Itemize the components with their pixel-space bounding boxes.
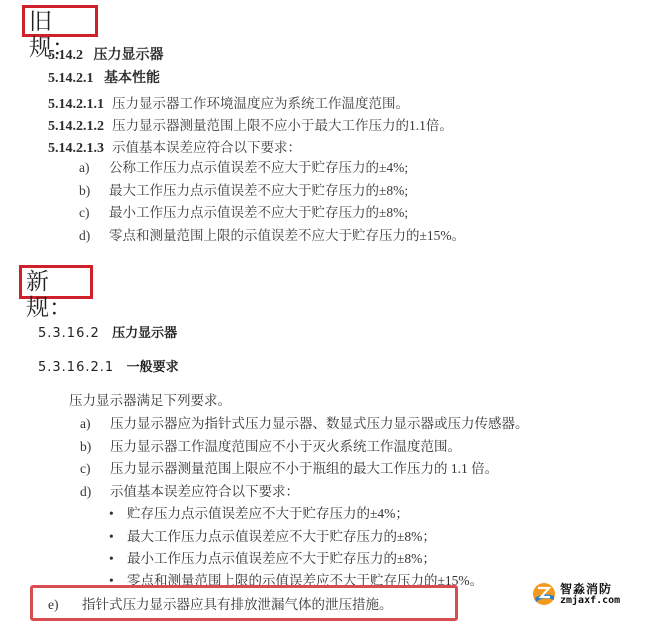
old-item-a: a)公称工作压力点示值误差不应大于贮存压力的±4%; [79,156,408,176]
item-letter: d) [79,228,109,244]
new-item-a: a)压力显示器应为指针式压力显示器、数显式压力显示器或压力传感器。 [80,412,529,432]
bullet-text: 最小工作压力点示值误差应不大于贮存压力的±8%； [127,551,436,566]
old-clause-3: 5.14.2.1.3 示值基本误差应符合以下要求： [48,136,301,157]
new-bullet-3: •最小工作压力点示值误差应不大于贮存压力的±8%； [109,547,436,567]
new-bullet-1: •贮存压力点示值误差应不大于贮存压力的±4%； [109,502,409,522]
old-subsection-number: 5.14.2.1 [48,71,94,86]
new-item-c: c)压力显示器测量范围上限应不小于瓶组的最大工作压力的 1.1 倍。 [80,457,498,477]
old-section-heading: 5.14.2 压力显示器 [48,44,164,64]
new-subsection-number: 5.3.16.2.1 [38,360,114,375]
bullet-icon: • [109,529,127,545]
clause-number: 5.14.2.1.1 [48,97,104,112]
new-section-number: 5.3.16.2 [38,326,100,341]
clause-number: 5.14.2.1.2 [48,119,104,134]
item-letter: b) [80,439,110,455]
new-section-heading: 5.3.16.2 压力显示器 [38,322,177,341]
item-text: 指针式压力显示器应具有排放泄漏气体的泄压措施。 [82,597,393,612]
item-letter: c) [80,461,110,477]
old-subsection-title: 基本性能 [104,71,160,86]
new-intro: 压力显示器满足下列要求。 [69,389,231,409]
item-letter: c) [79,205,109,221]
old-clause-2: 5.14.2.1.2 压力显示器测量范围上限不应小于最大工作压力的1.1倍。 [48,114,453,135]
item-text: 最大工作压力点示值误差不应大于贮存压力的±8%; [109,183,408,198]
new-subsection-heading: 5.3.16.2.1 一般要求 [38,356,179,375]
item-letter: a) [79,160,109,176]
item-text: 压力显示器工作温度范围应不小于灭火系统工作温度范围。 [110,439,461,454]
new-subsection-title: 一般要求 [127,360,179,375]
new-item-d: d)示值基本误差应符合以下要求： [80,480,299,500]
item-text: 公称工作压力点示值误差不应大于贮存压力的±4%; [109,160,408,175]
bullet-text: 贮存压力点示值误差应不大于贮存压力的±4%； [127,506,409,521]
bullet-text: 最大工作压力点示值误差应不大于贮存压力的±8%； [127,529,436,544]
item-letter: d) [80,484,110,500]
item-text: 零点和测量范围上限的示值误差不应大于贮存压力的±15%。 [109,228,465,243]
clause-text: 压力显示器测量范围上限不应小于最大工作压力的1.1倍。 [112,118,453,133]
item-letter: e) [48,597,82,613]
new-item-e-highlighted: e)指针式压力显示器应具有排放泄漏气体的泄压措施。 [48,593,393,613]
new-spec-label: 新规： [19,265,93,299]
item-text: 压力显示器应为指针式压力显示器、数显式压力显示器或压力传感器。 [110,416,529,431]
bullet-icon: • [109,551,127,567]
old-clause-1: 5.14.2.1.1 压力显示器工作环境温度应为系统工作温度范围。 [48,92,409,113]
item-letter: b) [79,183,109,199]
new-item-b: b)压力显示器工作温度范围应不小于灭火系统工作温度范围。 [80,435,461,455]
item-text: 最小工作压力点示值误差不应大于贮存压力的±8%; [109,205,408,220]
old-section-title: 压力显示器 [94,48,164,63]
bullet-icon: • [109,506,127,522]
new-bullet-2: •最大工作压力点示值误差应不大于贮存压力的±8%； [109,525,436,545]
watermark-logo: 智淼消防 zmjaxf.com [532,578,642,610]
old-section-number: 5.14.2 [48,48,83,63]
old-spec-label: 旧规： [22,5,98,37]
clause-number: 5.14.2.1.3 [48,141,104,156]
brand-logo-icon [532,582,556,606]
old-item-c: c)最小工作压力点示值误差不应大于贮存压力的±8%; [79,201,408,221]
old-subsection-heading: 5.14.2.1 基本性能 [48,67,160,87]
clause-text: 示值基本误差应符合以下要求： [112,140,301,155]
new-section-title: 压力显示器 [112,326,177,341]
item-letter: a) [80,416,110,432]
clause-text: 压力显示器工作环境温度应为系统工作温度范围。 [112,96,409,111]
item-text: 压力显示器测量范围上限应不小于瓶组的最大工作压力的 1.1 倍。 [110,461,498,476]
new-spec-label-text: 新规： [26,269,72,321]
item-text: 示值基本误差应符合以下要求： [110,484,299,499]
old-item-b: b)最大工作压力点示值误差不应大于贮存压力的±8%; [79,179,408,199]
brand-url: zmjaxf.com [560,595,620,606]
old-item-d: d)零点和测量范围上限的示值误差不应大于贮存压力的±15%。 [79,224,465,244]
